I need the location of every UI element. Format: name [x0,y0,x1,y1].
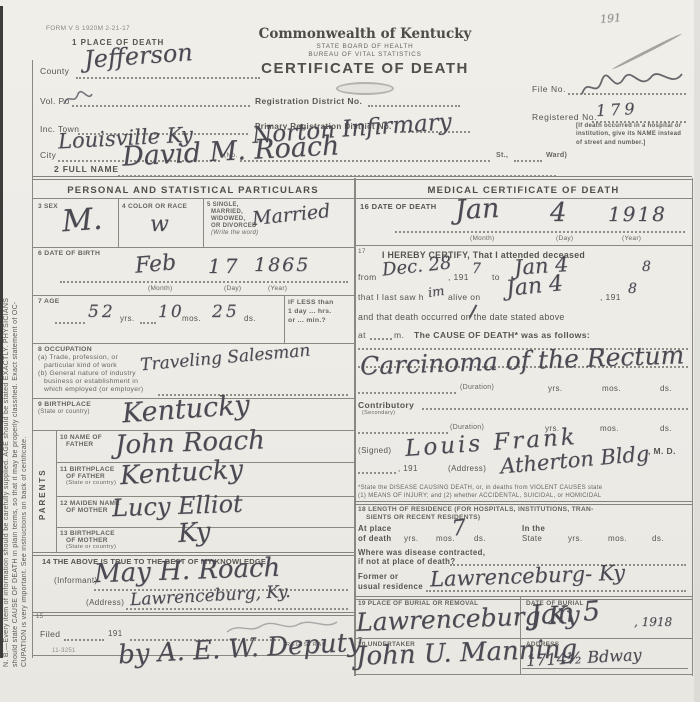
pencil-stroke [612,32,683,70]
column-divider [354,178,356,676]
father-birthplace-label3: (State or country) [66,480,116,486]
mother-name-value: Lucy Elliot [112,492,243,521]
dotted-leader [395,231,685,233]
registered-no-label: Registered No. [532,112,597,122]
parents-strip-divider [56,430,57,552]
sex-label: 3 SEX [38,203,58,210]
state-months-unit: mos. [608,534,627,543]
dotted-leader [358,472,396,474]
cell-divider [203,198,204,247]
deputy-signature-value: by A. E. W. Deputy [117,630,362,669]
day-sublabel: (Day) [556,235,573,242]
filed-label: Filed [40,629,60,639]
cause-footnote-line1: *State the DISEASE CAUSING DEATH, or, in… [358,485,602,491]
margin-note-line2: should state CAUSE OF DEATH in plain ter… [12,5,21,667]
md-label: , M. D. [648,446,676,456]
left-column-title: PERSONAL AND STATISTICAL PARTICULARS [32,185,354,196]
informant-address-label: (Address) [86,598,124,607]
age-years-value: 52 [88,304,116,321]
street-label: St., [496,152,508,159]
occupation-label-a1: (a) Trade, profession, or [38,354,118,361]
mother-birthplace-value: Ky [177,519,211,547]
occupation-label-b3: which employed (or employer) [44,386,143,393]
dotted-leader [426,590,686,592]
father-birthplace-label2: OF FATHER [66,473,105,480]
age-days-unit: ds. [244,314,256,323]
commonwealth-title: Commonwealth of Kentucky [245,26,485,42]
occupation-label-b1: (b) General nature of industry [38,370,136,377]
marital-label-4: OR DIVORCED [211,223,257,229]
registered-no-value: 179 [596,101,639,119]
age-days-value: 25 [212,304,240,321]
former-residence-label2: usual residence [358,582,423,591]
occupation-label: 8 OCCUPATION [38,346,92,353]
occupation-label-b2: business or establishment in [44,378,138,385]
mother-birthplace-label2: OF MOTHER [66,537,108,544]
filed-number: 15 [36,614,43,620]
pencil-note: 191 [600,12,622,25]
occupation-label-a2: particular kind of work [44,362,117,369]
birthplace-label: 9 BIRTHPLACE [38,401,91,408]
dotted-leader [55,322,85,324]
hospital-note: [If death occurred in a hospital or inst… [576,122,688,147]
age-years-unit: yrs. [120,314,135,323]
attended-from-year-print: , 191 [448,272,469,282]
dotted-leader [60,281,348,283]
father-birthplace-value: Kentucky [119,457,243,489]
informant-label: (Informant) [54,576,98,585]
left-title-rule [32,198,354,199]
signed-date-year-print: , 191 [398,464,418,473]
marital-value: Married [251,202,331,229]
mother-name-label2: OF MOTHER [66,507,108,514]
state-days-unit: ds. [652,534,664,543]
death-occurred-statement: and that death occurred on the date stat… [358,312,565,322]
row-rule [32,247,354,248]
father-name-label2: FATHER [66,441,93,448]
right-bottom-rule [355,674,692,675]
form-number: FORM V S 1920M 2-21-17 [46,25,130,32]
age-months-value: 10 [158,304,184,321]
residence-days-value: 7 [451,517,467,540]
dob-label: 6 DATE OF BIRTH [38,250,100,257]
birthplace-sublabel: (State or country) [38,409,90,415]
embossed-seal [336,82,394,95]
header-divider [32,176,692,180]
attended-from-label: from [358,272,377,282]
undertaker-address-label: ADDRESS [526,641,559,648]
color-race-label: 4 COLOR OR RACE [122,203,187,210]
row-rule [355,245,692,246]
right-column-title: MEDICAL CERTIFICATE OF DEATH [355,185,692,196]
dotted-leader [514,160,542,162]
dotted-leader [64,639,104,641]
registration-district-label: Registration District No. [255,96,362,106]
section-divider [355,501,692,505]
death-month-value: Jan [454,195,500,224]
board-subtitle: STATE BOARD OF HEALTH [245,43,485,50]
month-sublabel: (Month) [148,285,173,292]
margin-note-line3: CUPATION is very important. See instruct… [21,5,30,667]
duration-days-unit: ds. [660,384,672,393]
dotted-leader [368,105,460,107]
duration-days-unit: ds. [660,424,672,433]
duration-years-unit: yrs. [548,384,563,393]
contributory-label: Contributory [358,400,414,410]
contracted-label-line1: Where was disease contracted, [358,548,485,557]
date-of-burial-value: Jan 5 [529,598,601,630]
file-no-scribble [580,66,685,102]
bureau-subtitle: BUREAU OF VITAL STATISTICS [245,51,485,58]
underline-rule [522,668,688,669]
dotted-leader [126,608,348,610]
marital-label-2: MARRIED, [211,209,243,215]
year-sublabel: (Year) [268,285,287,292]
marital-label-1: 5 SINGLE, [207,202,239,208]
birthplace-value: Kentucky [121,392,250,428]
physician-address-label: (Address) [448,464,486,473]
if-less-line3: or ... min.? [288,317,326,324]
duration-months-unit: mos. [602,384,621,393]
city-label: City [40,150,56,160]
sex-value: M. [61,205,103,238]
last-saw-year-hand: 8 [628,282,637,296]
dob-year-value: 1865 [254,256,310,275]
former-residence-label1: Former or [358,572,398,581]
if-less-line2: 1 day ... hrs. [288,308,332,315]
occupation-value: Traveling Salesman [140,343,311,375]
dob-month-value: Feb [134,252,177,278]
alive-on-label: alive on [448,292,481,302]
form-right-rule [692,178,693,676]
dob-day-value: 17 [208,256,241,276]
fullname-label: 2 FULL NAME [54,164,119,174]
former-residence-value: Lawrenceburg- Ky [430,563,626,591]
dotted-leader [370,338,392,340]
county-value: Jefferson [83,40,193,72]
day-sublabel: (Day) [224,285,241,292]
ward-label: Ward) [546,152,567,159]
informant-address-value: Lawrenceburg, Ky. [130,584,291,609]
dotted-leader [72,105,250,107]
last-saw-pronoun-hand: im [427,285,445,300]
contracted-label-line2: if not at place of death? [358,557,456,566]
if-less-line1: IF LESS than [288,299,334,306]
at-place-label1: At place [358,524,392,533]
father-name-label1: 10 NAME OF [60,434,102,441]
certify-number: 17 [358,248,366,255]
death-year-value: 1918 [608,204,667,224]
month-sublabel: (Month) [470,235,495,242]
date-of-burial-year: , 1918 [634,616,672,628]
mother-birthplace-label3: (State or country) [66,544,116,550]
duration-label: (Duration) [460,384,494,391]
attended-from-year-hand: 7 [472,262,481,276]
death-certificate-sheet: N. B.—Every item of information should b… [0,0,700,702]
marital-label-5: (Write the word) [211,230,258,236]
margin-note-line1: N. B.—Every item of information should b… [3,5,12,667]
dotted-leader [422,408,688,410]
last-saw-label: that I last saw h [358,292,424,302]
cause-footnote-line2: (1) MEANS OF INJURY; and (2) whether ACC… [358,493,601,499]
dotted-leader [140,322,156,324]
in-the-label: In the [522,524,545,533]
father-birthplace-label1: 11 BIRTHPLACE [60,466,114,473]
filed-year-label: 191 [108,629,123,638]
last-saw-date-value: Jan 4 [505,273,564,301]
state-label: State [522,534,542,543]
undertaker-address-value: 1714½ Bdway [526,647,642,669]
county-label: County [40,66,69,76]
dotted-leader [358,392,456,394]
year-sublabel: (Year) [622,235,641,242]
certificate-title: CERTIFICATE OF DEATH [245,60,485,77]
attended-to-label: to [492,272,500,282]
age-months-unit: mos. [182,314,201,323]
row-rule [32,295,354,296]
death-day-value: 4 [550,200,567,226]
attended-to-year-hand: 8 [642,260,651,274]
meridiem-label: m. [394,330,404,340]
cell-divider [118,198,119,247]
marital-label-3: WIDOWED, [211,216,245,222]
age-label: 7 AGE [38,298,60,305]
dotted-leader [76,77,260,79]
father-name-value: John Roach [115,427,266,458]
residence-years-unit: yrs. [404,534,419,543]
contributory-sublabel: (Secondary) [362,410,395,416]
cell-divider [284,295,285,343]
form-left-rule [32,60,33,658]
signed-label: (Signed) [358,446,391,455]
at-hour-label: at [358,330,366,340]
parents-label: PARENTS [38,448,52,540]
at-place-label2: of death [358,534,392,543]
date-of-death-label: 16 DATE OF DEATH [360,202,437,211]
informant-value: May H. Roach [94,555,281,587]
residence-days-unit: ds. [474,534,486,543]
vol-scribble [62,88,96,110]
residence-label-line1: 18 LENGTH OF RESIDENCE (FOR HOSPITALS, I… [358,506,594,513]
file-no-label: File No. [532,84,566,94]
color-race-value: w [150,214,169,236]
attended-from-value: Dec. 28 [381,254,452,279]
mother-birthplace-label1: 13 BIRTHPLACE [60,530,115,537]
right-title-rule [355,198,692,199]
duration-months-unit: mos. [600,424,619,433]
print-code: 11-3251 [52,648,76,654]
cause-of-death-intro: The CAUSE OF DEATH* was as follows: [414,330,590,340]
scan-edge-shadow [694,0,700,702]
last-saw-year-print: , 191 [600,292,621,302]
state-years-unit: yrs. [568,534,583,543]
